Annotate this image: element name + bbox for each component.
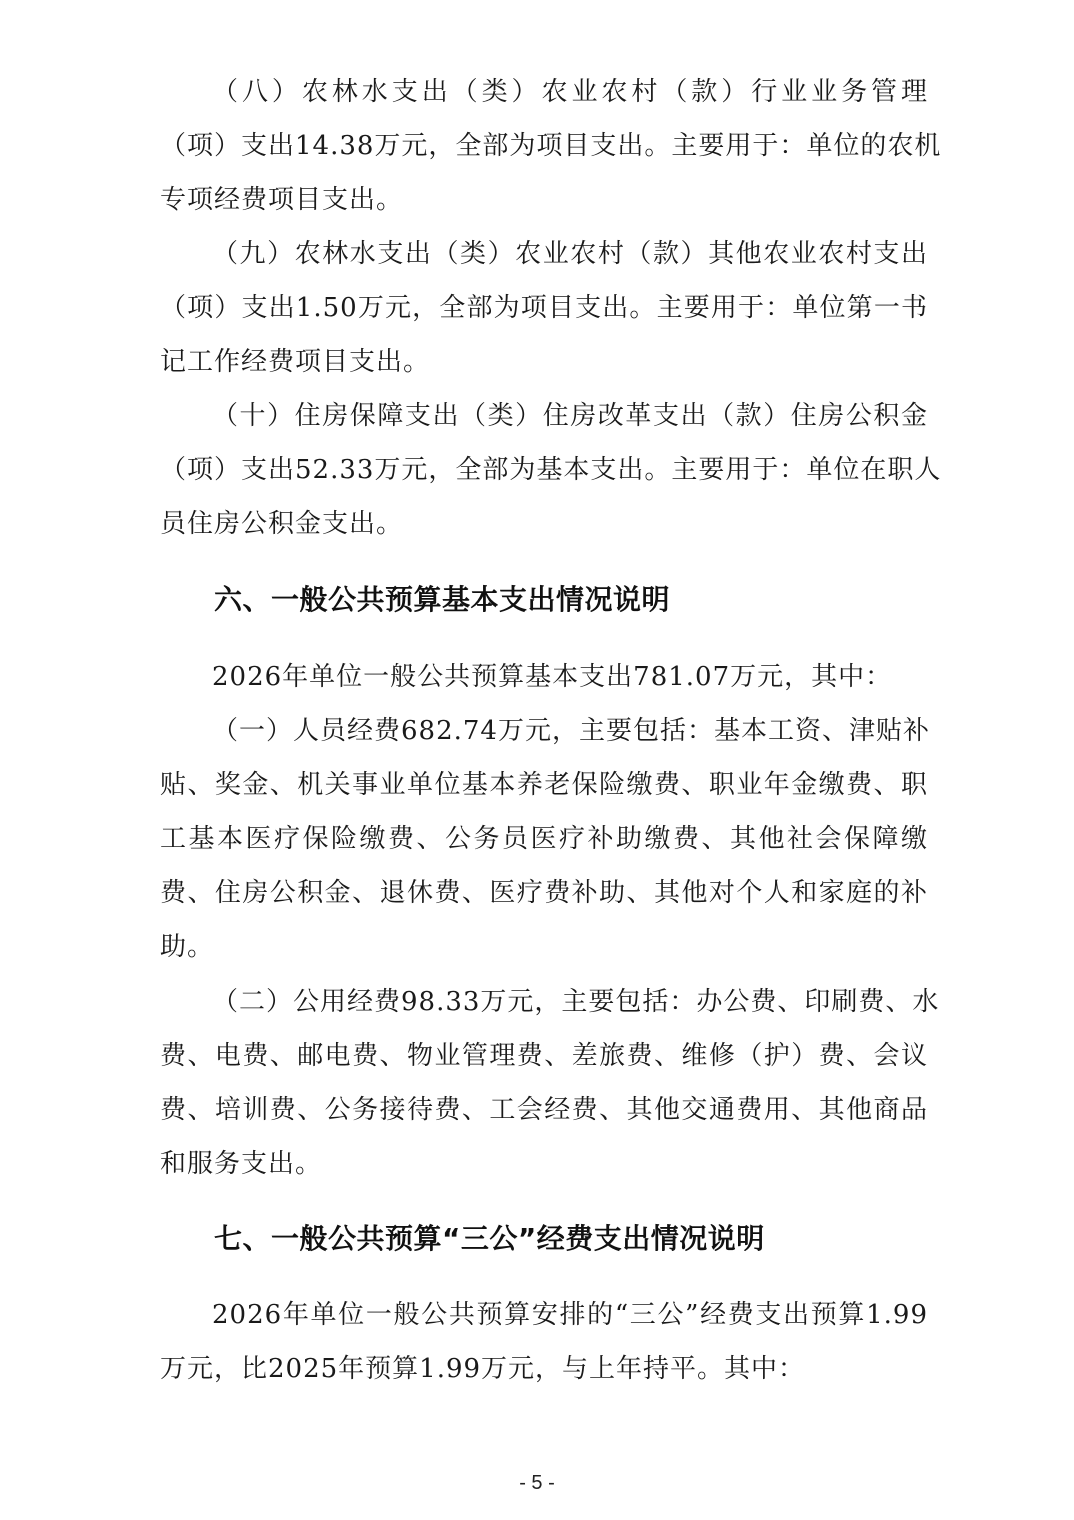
paragraph-item-10-line-2: （项）支出52.33万元，全部为基本支出。主要用于：单位在职人 xyxy=(160,450,928,490)
paragraph-item-9-line-2: （项）支出1.50万元，全部为项目支出。主要用于：单位第一书 xyxy=(160,288,928,328)
personnel-expense-line-5: 助。 xyxy=(160,927,928,967)
paragraph-item-9-line-3: 记工作经费项目支出。 xyxy=(160,342,928,382)
public-expense-line-2: 费、电费、邮电费、物业管理费、差旅费、维修（护）费、会议 xyxy=(160,1036,928,1076)
paragraph-item-10-line-3: 员住房公积金支出。 xyxy=(160,504,928,544)
paragraph-item-8-line-2: （项）支出14.38万元，全部为项目支出。主要用于：单位的农机 xyxy=(160,126,928,166)
page-number: - 5 - xyxy=(0,1472,1074,1495)
public-expense-line-1: （二）公用经费98.33万元，主要包括：办公费、印刷费、水 xyxy=(212,982,928,1022)
section-6-heading: 六、一般公共预算基本支出情况说明 xyxy=(214,580,670,620)
paragraph-item-8-line-1: （八）农林水支出（类）农业农村（款）行业业务管理 xyxy=(212,72,928,112)
public-expense-line-3: 费、培训费、公务接待费、工会经费、其他交通费用、其他商品 xyxy=(160,1090,928,1130)
section-7-line-2: 万元，比2025年预算1.99万元，与上年持平。其中： xyxy=(160,1349,928,1389)
personnel-expense-line-4: 费、住房公积金、退休费、医疗费补助、其他对个人和家庭的补 xyxy=(160,873,928,913)
personnel-expense-line-2: 贴、奖金、机关事业单位基本养老保险缴费、职业年金缴费、职 xyxy=(160,765,928,805)
paragraph-item-8-line-3: 专项经费项目支出。 xyxy=(160,180,928,220)
section-6-intro: 2026年单位一般公共预算基本支出781.07万元，其中： xyxy=(212,657,928,697)
personnel-expense-line-3: 工基本医疗保险缴费、公务员医疗补助缴费、其他社会保障缴 xyxy=(160,819,928,859)
document-page: （八）农林水支出（类）农业农村（款）行业业务管理 （项）支出14.38万元，全部… xyxy=(0,0,1074,1520)
public-expense-line-4: 和服务支出。 xyxy=(160,1144,928,1184)
personnel-expense-line-1: （一）人员经费682.74万元，主要包括：基本工资、津贴补 xyxy=(212,711,928,751)
paragraph-item-9-line-1: （九）农林水支出（类）农业农村（款）其他农业农村支出 xyxy=(212,234,928,274)
paragraph-item-10-line-1: （十）住房保障支出（类）住房改革支出（款）住房公积金 xyxy=(212,396,928,436)
section-7-line-1: 2026年单位一般公共预算安排的“三公”经费支出预算1.99 xyxy=(212,1295,928,1335)
section-7-heading: 七、一般公共预算“三公”经费支出情况说明 xyxy=(214,1219,765,1259)
